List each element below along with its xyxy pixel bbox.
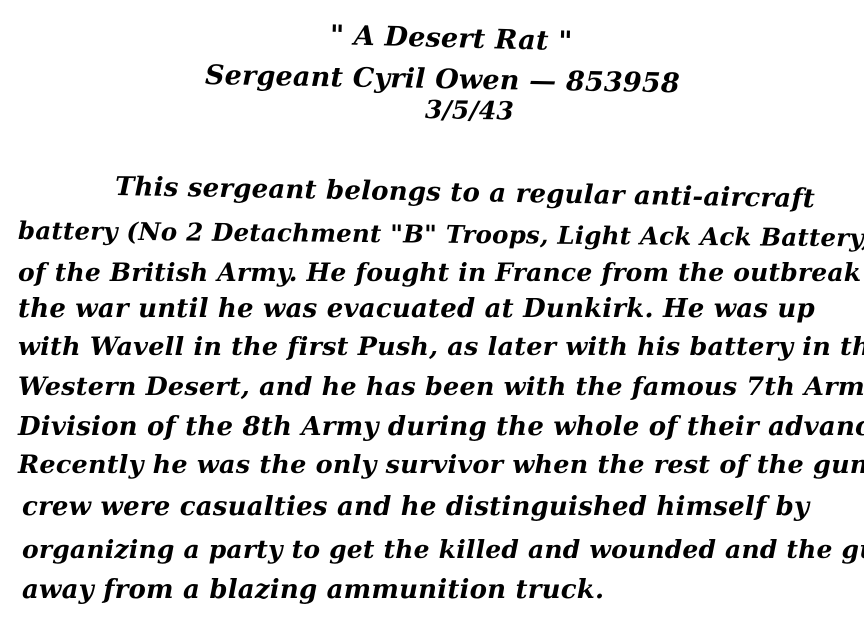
body-line: the war until he was evacuated at Dunkir… [18,294,815,324]
document-title: " A Desert Rat " [330,20,573,57]
body-line: This sergeant belongs to a regular anti-… [115,172,815,214]
body-line: Recently he was the only survivor when t… [18,450,864,480]
body-line: away from a blazing ammunition truck. [22,575,604,605]
body-line: organizing a party to get the killed and… [22,535,864,564]
body-line: Western Desert, and he has been with the… [18,372,864,402]
document-date: 3/5/43 [425,95,515,126]
handwritten-page: " A Desert Rat " Sergeant Cyril Owen — 8… [0,0,864,636]
body-line: crew were casualties and he distinguishe… [22,492,809,522]
soldier-name-and-number: Sergeant Cyril Owen — 853958 [205,60,680,99]
body-line: of the British Army. He fought in France… [18,258,864,287]
body-line: battery (No 2 Detachment "B" Troops, Lig… [18,216,864,253]
body-line: with Wavell in the first Push, as later … [18,332,864,362]
body-line: Division of the 8th Army during the whol… [18,412,864,442]
